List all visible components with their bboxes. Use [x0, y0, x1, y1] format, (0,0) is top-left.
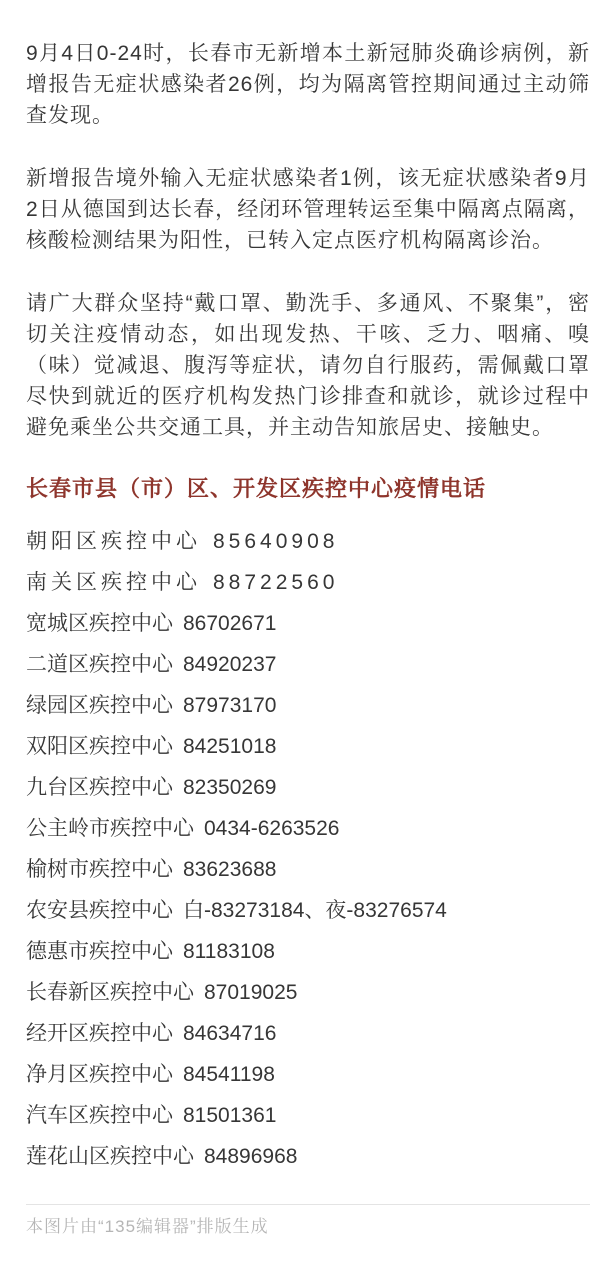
hotline-name: 净月区疾控中心: [26, 1063, 173, 1086]
hotline-phone: 86702671: [183, 612, 276, 635]
hotline-name: 二道区疾控中心: [26, 653, 173, 676]
hotline-entry-jingkai: 经开区疾控中心84634716: [26, 1023, 590, 1045]
hotline-name: 莲花山区疾控中心: [26, 1145, 194, 1168]
hotline-name: 经开区疾控中心: [26, 1022, 173, 1045]
hotline-phone: 0434-6263526: [204, 817, 339, 840]
hotline-name: 汽车区疾控中心: [26, 1104, 173, 1127]
hotline-entry-shuangyang: 双阳区疾控中心84251018: [26, 736, 590, 758]
hotline-name: 公主岭市疾控中心: [26, 817, 194, 840]
hotline-phone: 84920237: [183, 653, 276, 676]
hotline-phone: 84541198: [183, 1063, 275, 1086]
hotline-name: 宽城区疾控中心: [26, 612, 173, 635]
footer: 本图片由“135编辑器”排版生成: [26, 1204, 590, 1238]
hotline-name: 九台区疾控中心: [26, 776, 173, 799]
hotline-entry-chaoyang: 朝阳区疾控中心85640908: [26, 531, 590, 553]
hotline-phone: 87973170: [183, 694, 276, 717]
paragraph-local-cases: 9月4日0-24时，长春市无新增本土新冠肺炎确诊病例，新增报告无症状感染者26例…: [26, 38, 590, 131]
hotline-entry-erdao: 二道区疾控中心84920237: [26, 654, 590, 676]
hotline-entry-nanguan: 南关区疾控中心88722560: [26, 572, 590, 594]
hotline-section-heading: 长春市县（市）区、开发区疾控中心疫情电话: [26, 475, 590, 503]
hotline-phone: 84634716: [183, 1022, 276, 1045]
hotline-phone: 85640908: [213, 530, 338, 553]
hotline-name: 双阳区疾控中心: [26, 735, 173, 758]
hotline-entry-lianhuashan: 莲花山区疾控中心84896968: [26, 1146, 590, 1168]
hotline-entry-yushu: 榆树市疾控中心83623688: [26, 859, 590, 881]
footer-credit: 本图片由“135编辑器”排版生成: [26, 1216, 590, 1238]
hotline-entry-gongzhuling: 公主岭市疾控中心0434-6263526: [26, 818, 590, 840]
hotline-name: 南关区疾控中心: [26, 571, 201, 594]
announcement-page: 9月4日0-24时，长春市无新增本土新冠肺炎确诊病例，新增报告无症状感染者26例…: [0, 0, 616, 1280]
hotline-entry-jingyue: 净月区疾控中心84541198: [26, 1064, 590, 1086]
hotline-name: 长春新区疾控中心: [26, 981, 194, 1004]
hotline-name: 农安县疾控中心: [26, 899, 173, 922]
hotline-phone: 84896968: [204, 1145, 297, 1168]
hotline-entry-nongan: 农安县疾控中心白-83273184、夜-83276574: [26, 900, 590, 922]
hotline-name: 德惠市疾控中心: [26, 940, 173, 963]
hotline-list: 朝阳区疾控中心85640908 南关区疾控中心88722560 宽城区疾控中心8…: [26, 531, 590, 1168]
paragraph-imported-case: 新增报告境外输入无症状感染者1例，该无症状感染者9月2日从德国到达长春，经闭环管…: [26, 163, 590, 256]
hotline-phone: 白-83273184、夜-83276574: [183, 899, 447, 922]
hotline-name: 朝阳区疾控中心: [26, 530, 201, 553]
hotline-entry-lvyuan: 绿园区疾控中心87973170: [26, 695, 590, 717]
hotline-name: 榆树市疾控中心: [26, 858, 173, 881]
hotline-phone: 81183108: [183, 940, 275, 963]
paragraph-prevention-advice: 请广大群众坚持“戴口罩、勤洗手、多通风、不聚集”，密切关注疫情动态，如出现发热、…: [26, 288, 590, 443]
hotline-entry-dehui: 德惠市疾控中心81183108: [26, 941, 590, 963]
hotline-entry-jiutai: 九台区疾控中心82350269: [26, 777, 590, 799]
hotline-name: 绿园区疾控中心: [26, 694, 173, 717]
hotline-entry-qiche: 汽车区疾控中心81501361: [26, 1105, 590, 1127]
hotline-entry-kuancheng: 宽城区疾控中心86702671: [26, 613, 590, 635]
hotline-phone: 87019025: [204, 981, 297, 1004]
hotline-phone: 82350269: [183, 776, 276, 799]
hotline-phone: 81501361: [183, 1104, 276, 1127]
hotline-phone: 88722560: [213, 571, 338, 594]
hotline-entry-changchunxinqu: 长春新区疾控中心87019025: [26, 982, 590, 1004]
hotline-phone: 83623688: [183, 858, 276, 881]
hotline-phone: 84251018: [183, 735, 276, 758]
